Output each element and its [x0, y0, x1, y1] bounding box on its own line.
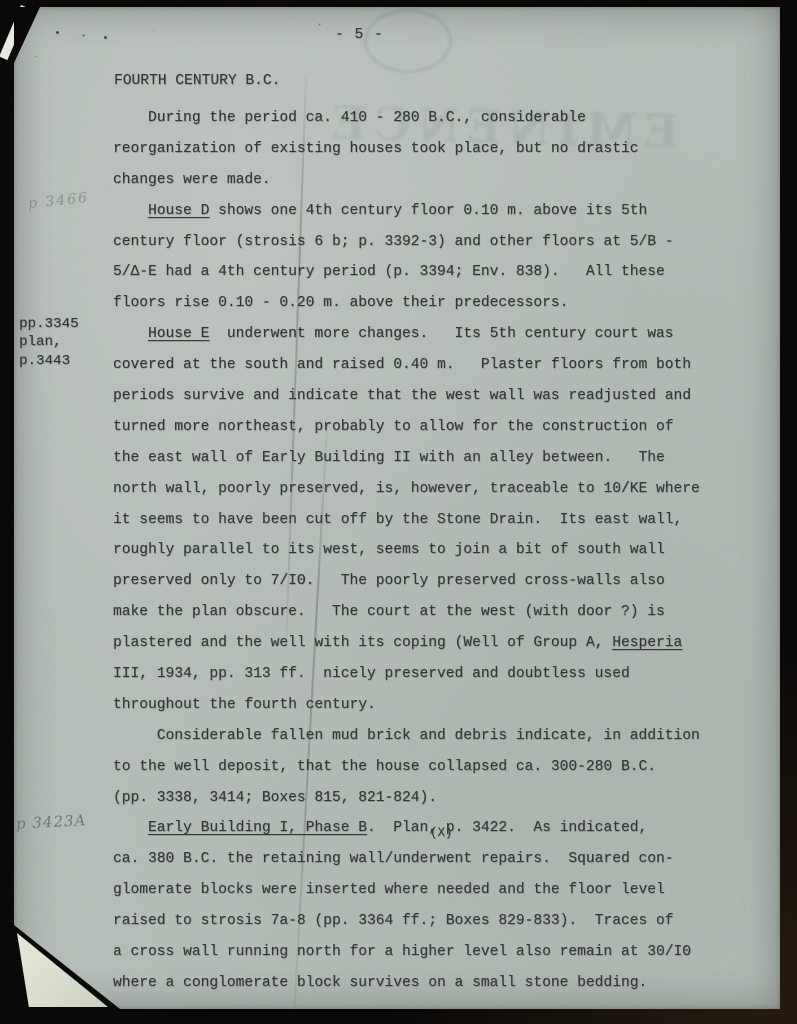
line-segment: make the plan obscure. The court at the … [113, 604, 665, 620]
margin-note-typed: pp.3345 plan, p.3443 [19, 315, 79, 370]
text-line: throughout the fourth century. [113, 690, 700, 721]
text-line: make the plan obscure. The court at the … [113, 597, 700, 628]
text-line: House E underwent more changes. Its 5th … [113, 319, 700, 350]
ink-specks [56, 31, 59, 34]
body-text: During the period ca. 410 - 280 B.C., co… [113, 103, 700, 999]
text-line: During the period ca. 410 - 280 B.C., co… [113, 103, 700, 134]
text-line: century floor (strosis 6 b; p. 3392-3) a… [113, 227, 700, 258]
text-line: preserved only to 7/IΘ. The poorly prese… [113, 566, 700, 597]
underlined-term: Early Building I, Phase B [148, 820, 367, 836]
line-segment [113, 203, 148, 219]
line-segment: century floor (strosis 6 b; p. 3392-3) a… [113, 234, 674, 250]
handwritten-note-bottom: p 3423A [16, 811, 87, 833]
line-segment: periods survive and indicate that the we… [113, 388, 691, 404]
line-segment [113, 326, 148, 342]
text-line: a cross wall running north for a higher … [113, 937, 700, 968]
line-segment: raised to strosis 7a-8 (pp. 3364 ff.; Bo… [113, 913, 674, 929]
text-line: floors rise 0.10 - 0.20 m. above their p… [113, 288, 700, 319]
section-heading: FOURTH CENTURY B.C. [114, 73, 280, 89]
text-line: where a conglomerate block survives on a… [113, 968, 700, 999]
document-page: EMINENCE - 5 - FOURTH CENTURY B.C. Durin… [14, 7, 780, 1009]
text-line: covered at the south and raised 0.40 m. … [113, 350, 700, 381]
line-segment: underwent more changes. Its 5th century … [209, 326, 673, 342]
line-segment: Considerable fallen mud brick and debris… [113, 728, 700, 744]
text-line: turned more northeast, probably to allow… [113, 412, 700, 443]
text-line: plastered and the well with its coping (… [113, 628, 700, 659]
page-number: - 5 - [335, 27, 384, 43]
text-line: (pp. 3338, 3414; Boxes 815, 821-824). [113, 783, 700, 814]
text-line: periods survive and indicate that the we… [113, 381, 700, 412]
line-segment: to the well deposit, that the house coll… [113, 759, 656, 775]
line-segment: . Plan, p. 3422. As indicated, [367, 820, 647, 836]
line-segment: During the period ca. 410 - 280 B.C., co… [113, 110, 586, 126]
text-line: roughly parallel to its west, seems to j… [113, 535, 700, 566]
line-segment: where a conglomerate block survives on a… [113, 975, 647, 991]
line-segment: shows one 4th century floor 0.10 m. abov… [209, 203, 647, 219]
text-line: 5/Δ-E had a 4th century period (p. 3394;… [113, 257, 700, 288]
line-segment: changes were made. [113, 172, 271, 188]
handwritten-note-top: p 3466 [27, 190, 89, 212]
text-line: the east wall of Early Building II with … [113, 443, 700, 474]
text-line: raised to strosis 7a-8 (pp. 3364 ff.; Bo… [113, 906, 700, 937]
line-segment: III, 1934, pp. 313 ff. nicely preserved … [113, 666, 630, 682]
line-segment [113, 820, 148, 836]
line-segment: a cross wall running north for a higher … [113, 944, 691, 960]
text-line: Early Building I, Phase B. Plan, p. 3422… [113, 813, 700, 844]
line-segment: it seems to have been cut off by the Sto… [113, 512, 682, 528]
text-line: north wall, poorly preserved, is, howeve… [113, 474, 700, 505]
line-segment: 5/Δ-E had a 4th century period (p. 3394;… [113, 264, 665, 280]
line-segment: preserved only to 7/IΘ. The poorly prese… [113, 573, 665, 589]
text-line: ca. 380 B.C. the retaining wall/underwen… [113, 844, 700, 875]
line-segment: plastered and the well with its coping (… [113, 635, 612, 651]
line-segment: roughly parallel to its west, seems to j… [113, 542, 665, 558]
text-line: to the well deposit, that the house coll… [113, 752, 700, 783]
text-line: changes were made. [113, 165, 700, 196]
text-line: III, 1934, pp. 313 ff. nicely preserved … [113, 659, 700, 690]
text-line: reorganization of existing houses took p… [113, 134, 700, 165]
underlined-term: House D [148, 203, 209, 219]
line-segment: north wall, poorly preserved, is, howeve… [113, 481, 700, 497]
line-segment: ca. 380 B.C. the retaining wall/underwen… [113, 851, 674, 867]
typed-insertion-mark: (X) [430, 826, 453, 840]
line-segment: the east wall of Early Building II with … [113, 450, 665, 466]
text-line: Considerable fallen mud brick and debris… [113, 721, 700, 752]
line-segment: floors rise 0.10 - 0.20 m. above their p… [113, 295, 568, 311]
underlined-term: House E [148, 326, 209, 342]
line-segment: covered at the south and raised 0.40 m. … [113, 357, 691, 373]
text-line: House D shows one 4th century floor 0.10… [113, 196, 700, 227]
scanned-document: EMINENCE - 5 - FOURTH CENTURY B.C. Durin… [0, 0, 797, 1024]
line-segment: glomerate blocks were inserted where nee… [113, 882, 665, 898]
text-line: glomerate blocks were inserted where nee… [113, 875, 700, 906]
text-line: it seems to have been cut off by the Sto… [113, 505, 700, 536]
line-segment: reorganization of existing houses took p… [113, 141, 638, 157]
line-segment: throughout the fourth century. [113, 697, 376, 713]
line-segment: turned more northeast, probably to allow… [113, 419, 674, 435]
underlined-term: Hesperia [612, 635, 682, 651]
line-segment: (pp. 3338, 3414; Boxes 815, 821-824). [113, 790, 437, 806]
